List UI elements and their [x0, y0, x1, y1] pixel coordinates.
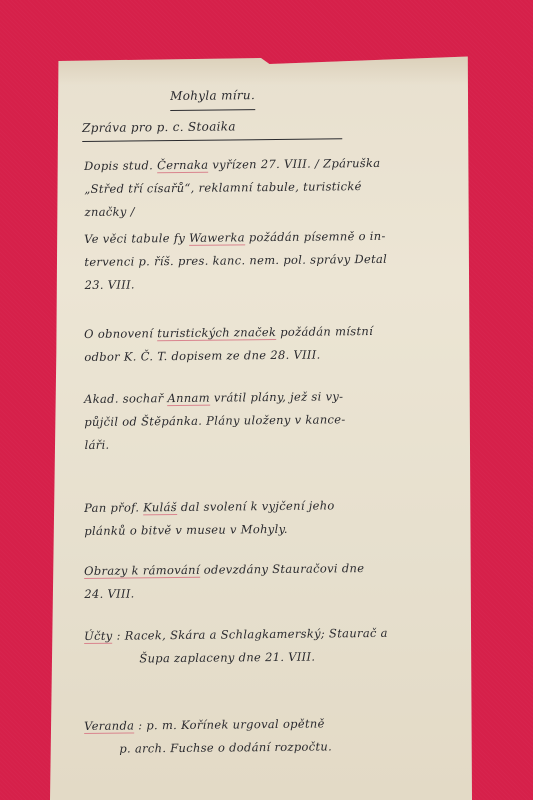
paragraph-sculptor-plans: Akad. sochař Annam vrátil plány, jež si … [84, 384, 475, 457]
highlighted-name: Annam [167, 391, 210, 406]
paragraph-tourist-marks: O obnovení turistických značek požádán m… [84, 319, 474, 369]
line: odbor K. Č. T. dopisem ze dne 28. VIII. [84, 342, 474, 369]
highlighted-name: Obrazy k rámování [84, 563, 200, 579]
highlighted-name: turistických značek [157, 325, 276, 341]
line: plánků o bitvě v museu v Mohyly. [84, 516, 474, 543]
paragraph-wawerka-sign: Ve věci tabule fy Wawerka požádán písemn… [84, 224, 475, 297]
line: Šupa zaplaceny dne 21. VIII. [84, 644, 474, 671]
paragraph-bills: Účty : Racek, Skára a Schlagkamerský; St… [84, 621, 474, 671]
line: láři. [84, 430, 474, 457]
highlighted-name: Účty [84, 629, 113, 644]
document-title: Mohyla míru. [170, 84, 255, 111]
paragraph-framing-pictures: Obrazy k rámování odevzdány Stauračovi d… [84, 556, 474, 606]
highlighted-name: Wawerka [189, 230, 245, 246]
handwritten-letter-page: Mohyla míru. Zpráva pro p. c. Stoaika Do… [50, 55, 472, 800]
highlighted-name: Černaka [157, 158, 208, 174]
line: p. arch. Fuchse o dodání rozpočtu. [84, 734, 474, 761]
line: 24. VIII. [84, 579, 474, 606]
document-subtitle: Zpráva pro p. c. Stoaika [82, 114, 342, 142]
paragraph-kulas-permission: Pan přof. Kuláš dal svolení k vyjčení je… [84, 493, 474, 543]
line: 23. VIII. [84, 270, 474, 297]
paragraph-veranda: Veranda : p. m. Kořínek urgoval opětně p… [84, 711, 474, 761]
paragraph-letter-cernak: Dopis stud. Černaka vyřízen 27. VIII. / … [84, 151, 475, 224]
line: značky / [84, 197, 474, 224]
highlighted-name: Kuláš [143, 500, 177, 515]
highlighted-name: Veranda [84, 718, 134, 734]
